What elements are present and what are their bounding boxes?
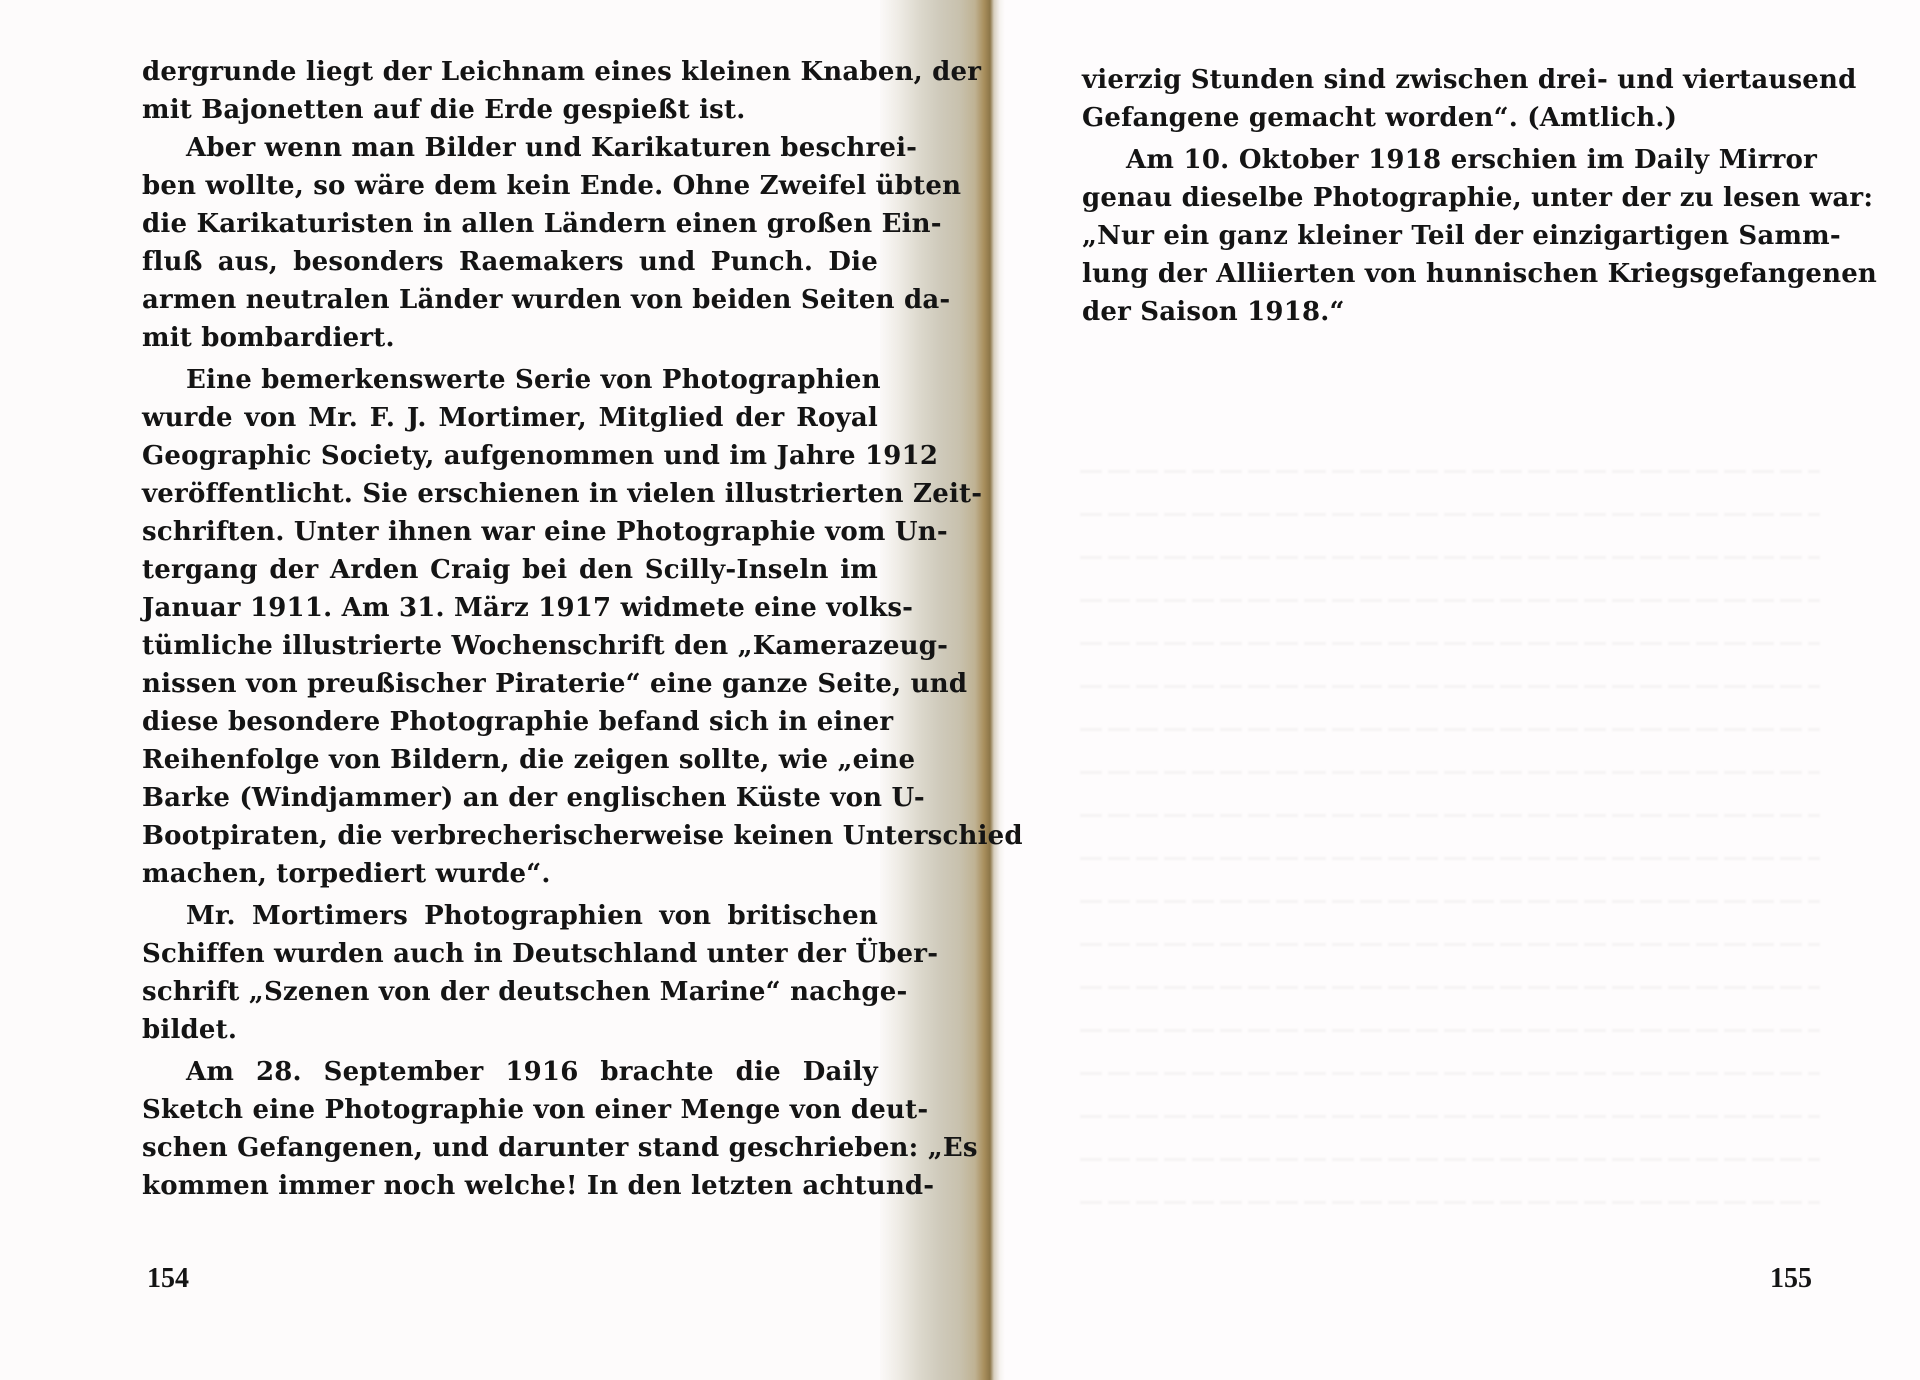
text-line: Eine bemerkenswerte Serie von Photograph… [142,361,878,399]
text-line: Bootpiraten, die verbrecherischerweise k… [142,817,878,855]
text-line: schriften. Unter ihnen war eine Photogra… [142,513,878,551]
text-line: Geographic Society, aufgenommen und im J… [142,437,878,475]
text-line: Schiffen wurden auch in Deutschland unte… [142,935,878,973]
text-line: fluß aus, besonders Raemakers und Punch.… [142,243,878,281]
text-line: mit bombardiert. [142,319,878,357]
text-line: genau dieselbe Photographie, unter der z… [1082,179,1817,217]
text-line: mit Bajonetten auf die Erde gespießt ist… [142,91,878,129]
text-line: Aber wenn man Bilder und Karikaturen bes… [142,129,878,167]
text-line: Reihenfolge von Bildern, die zeigen soll… [142,741,878,779]
text-line: wurde von Mr. F. J. Mortimer, Mitglied d… [142,399,878,437]
text-line: ben wollte, so wäre dem kein Ende. Ohne … [142,167,878,205]
page-number-right: 155 [1770,1263,1812,1295]
left-page-body-text: dergrunde liegt der Leichnam eines klein… [142,53,878,1205]
right-page-body-text: vierzig Stunden sind zwischen drei- und … [1082,61,1817,331]
text-line: Mr. Mortimers Photographien von britisch… [142,897,878,935]
text-line: diese besondere Photographie befand sich… [142,703,878,741]
text-line: tergang der Arden Craig bei den Scilly-I… [142,551,878,589]
text-line: Januar 1911. Am 31. März 1917 widmete ei… [142,589,878,627]
text-line: kommen immer noch welche! In den letzten… [142,1167,878,1205]
text-line: nissen von preußischer Piraterie“ eine g… [142,665,878,703]
text-line: der Saison 1918.“ [1082,293,1817,331]
text-line: die Karikaturisten in allen Ländern eine… [142,205,878,243]
text-line: Sketch eine Photographie von einer Menge… [142,1091,878,1129]
text-line: tümliche illustrierte Wochenschrift den … [142,627,878,665]
text-line: dergrunde liegt der Leichnam eines klein… [142,53,878,91]
text-line: Am 28. September 1916 brachte die Daily [142,1053,878,1091]
text-line: lung der Alliierten von hunnischen Krieg… [1082,255,1817,293]
text-line: machen, torpediert wurde“. [142,855,878,893]
text-line: Am 10. Oktober 1918 erschien im Daily Mi… [1082,141,1817,179]
text-line: Gefangene gemacht worden“. (Amtlich.) [1082,99,1817,137]
text-line: armen neutralen Länder wurden von beiden… [142,281,878,319]
text-line: Barke (Windjammer) an der englischen Küs… [142,779,878,817]
bleed-through-text [1080,470,1820,1244]
text-line: schrift „Szenen von der deutschen Marine… [142,973,878,1011]
text-line: vierzig Stunden sind zwischen drei- und … [1082,61,1817,99]
page-number-left: 154 [147,1263,189,1295]
text-line: veröffentlicht. Sie erschienen in vielen… [142,475,878,513]
text-line: bildet. [142,1011,878,1049]
text-line: „Nur ein ganz kleiner Teil der einzigart… [1082,217,1817,255]
text-line: schen Gefangenen, und darunter stand ges… [142,1129,878,1167]
